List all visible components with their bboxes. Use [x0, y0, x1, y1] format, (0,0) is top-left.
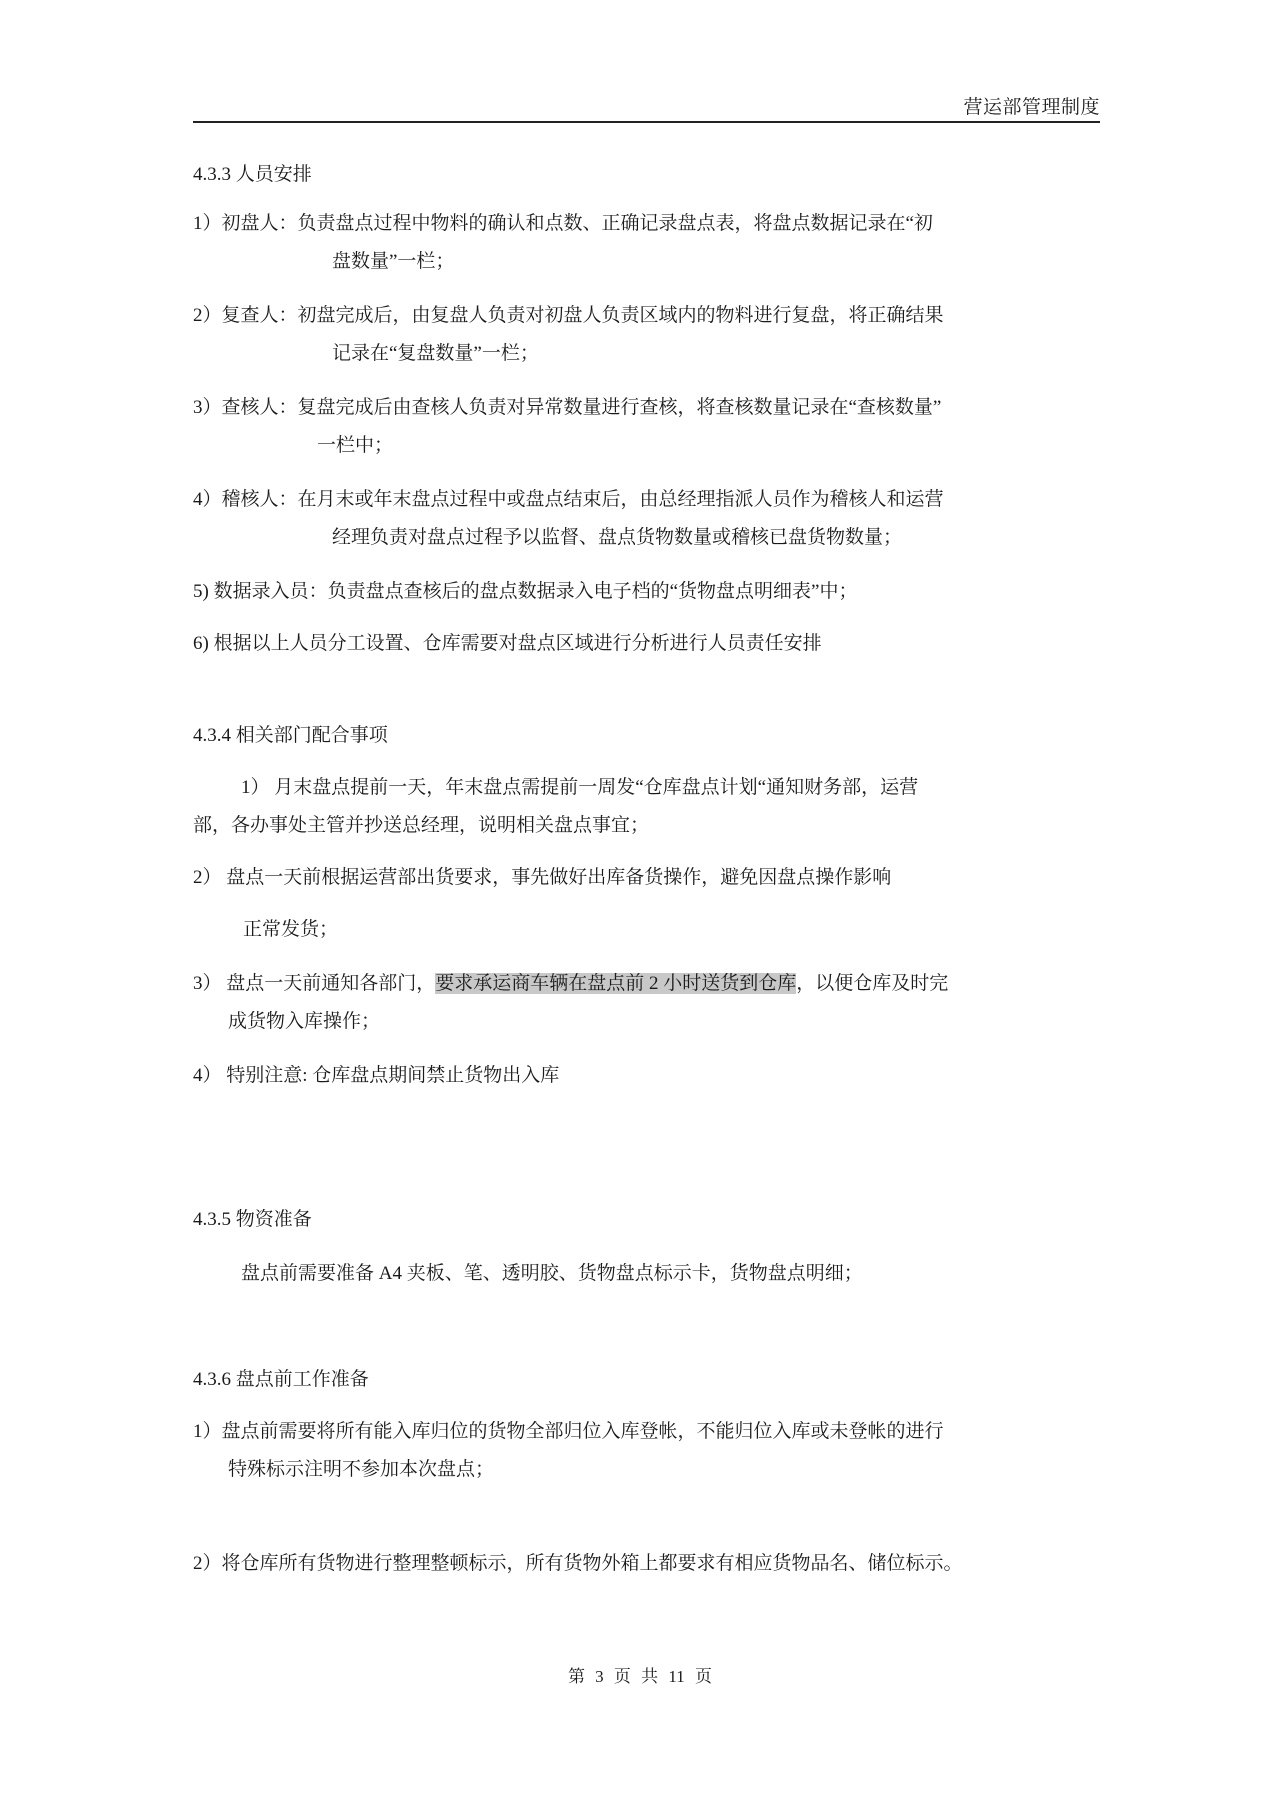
document-page: 营运部管理制度 4.3.3 人员安排 1）初盘人：负责盘点过程中物料的确认和点数… [0, 0, 1280, 1810]
list-item-line: 5) 数据录入员：负责盘点查核后的盘点数据录入电子档的“货物盘点明细表”中； [193, 580, 857, 604]
section-heading-4-3-5: 4.3.5 物资准备 [193, 1208, 312, 1232]
text-segment: 3） 盘点一天前通知各部门， [193, 973, 435, 994]
list-item-line: 4） 特别注意: 仓库盘点期间禁止货物出入库 [193, 1064, 559, 1088]
list-item-line: 盘数量”一栏； [332, 250, 454, 274]
list-item-line: 正常发货； [243, 918, 338, 942]
list-item-line: 特殊标示注明不参加本次盘点； [228, 1458, 494, 1482]
list-item-line: 经理负责对盘点过程予以监督、盘点货物数量或稽核已盘货物数量； [332, 526, 902, 550]
page-number-footer: 第 3 页 共 11 页 [0, 1662, 1280, 1687]
list-item-line: 3）查核人：复盘完成后由查核人负责对异常数量进行查核，将查核数量记录在“查核数量… [193, 396, 941, 420]
list-item-line: 2）将仓库所有货物进行整理整顿标示，所有货物外箱上都要求有相应货物品名、储位标示… [193, 1552, 963, 1576]
list-item-line: 成货物入库操作； [228, 1010, 380, 1034]
list-item-line: 1）初盘人：负责盘点过程中物料的确认和点数、正确记录盘点表，将盘点数据记录在“初 [193, 212, 933, 236]
header-divider [193, 121, 1100, 123]
text-segment: ，以便仓库及时完 [796, 973, 948, 994]
highlighted-text: 要求承运商车辆在盘点前 2 小时送货到仓库 [435, 973, 796, 994]
header-title: 营运部管理制度 [963, 92, 1100, 119]
list-item-line: 6) 根据以上人员分工设置、仓库需要对盘点区域进行分析进行人员责任安排 [193, 632, 822, 656]
list-item-line: 部，各办事处主管并抄送总经理，说明相关盘点事宜； [193, 814, 649, 838]
paragraph: 盘点前需要准备 A4 夹板、笔、透明胶、货物盘点标示卡，货物盘点明细； [241, 1262, 863, 1286]
list-item-line: 一栏中； [317, 434, 393, 458]
list-item-line: 4）稽核人：在月末或年末盘点过程中或盘点结束后，由总经理指派人员作为稽核人和运营 [193, 488, 944, 512]
list-item-line: 3） 盘点一天前通知各部门，要求承运商车辆在盘点前 2 小时送货到仓库，以便仓库… [193, 972, 948, 996]
list-item-line: 1）盘点前需要将所有能入库归位的货物全部归位入库登帐，不能归位入库或未登帐的进行 [193, 1420, 944, 1444]
list-item-line: 2） 盘点一天前根据运营部出货要求，事先做好出库备货操作，避免因盘点操作影响 [193, 866, 891, 890]
section-heading-4-3-6: 4.3.6 盘点前工作准备 [193, 1368, 369, 1392]
list-item-line: 1） 月末盘点提前一天，年末盘点需提前一周发“仓库盘点计划“通知财务部，运营 [241, 776, 918, 800]
list-item-line: 2）复查人：初盘完成后，由复盘人负责对初盘人负责区域内的物料进行复盘，将正确结果 [193, 304, 944, 328]
section-heading-4-3-3: 4.3.3 人员安排 [193, 163, 312, 187]
list-item-line: 记录在“复盘数量”一栏； [332, 342, 539, 366]
section-heading-4-3-4: 4.3.4 相关部门配合事项 [193, 724, 388, 748]
